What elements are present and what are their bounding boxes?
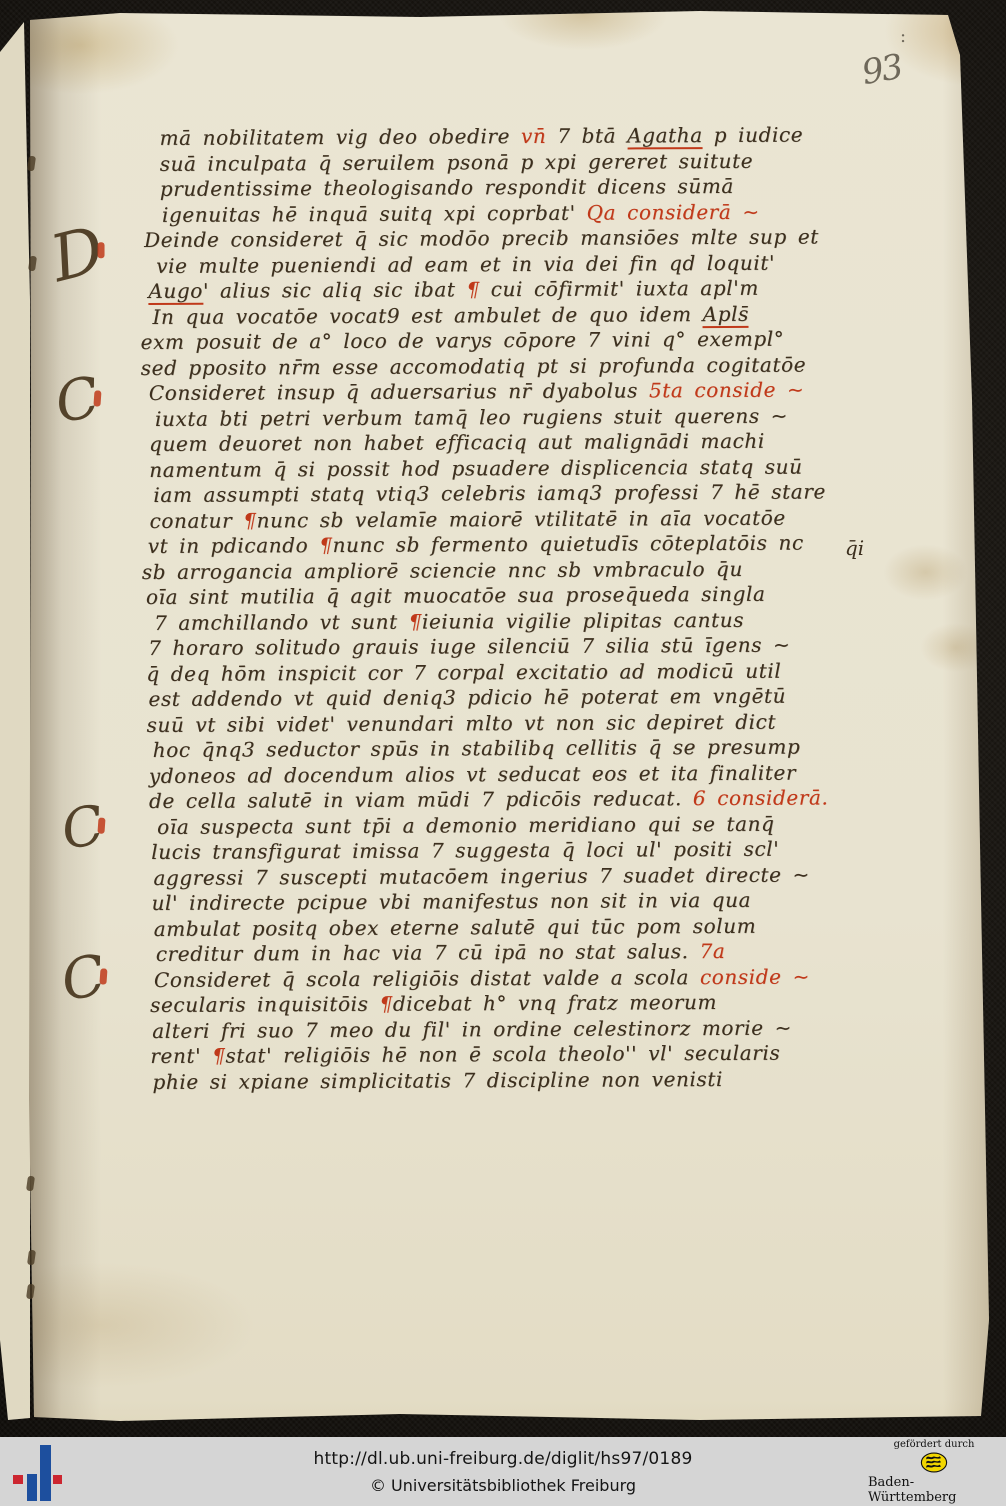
manuscript-line: est addendo vt quid deniq3 pdicio hē pot…: [148, 683, 912, 712]
funding-caption: gefördert durch: [894, 1439, 975, 1450]
manuscript-line: creditur dum in hac via 7 cū ipā no stat…: [156, 938, 914, 967]
footer-bar: http://dl.ub.uni-freiburg.de/diglit/hs97…: [0, 1437, 1006, 1506]
manuscript-line: secularis inquisitōis ¶dicebat h° vnq fr…: [150, 989, 914, 1018]
manuscript-line: exm posuit de a° loco de varys cōpore 7 …: [141, 326, 911, 356]
manuscript-line: prudentissime theologisando respondit di…: [160, 173, 910, 202]
manuscript-text: mā nobilitatem vig deo obedire vn̄ 7 btā…: [139, 122, 914, 1095]
manuscript-line: sed pposito nr̄m esse accomodatiq pt si …: [141, 351, 911, 381]
manuscript-line: vt in pdicando ¶nunc sb fermento quietud…: [148, 530, 912, 559]
manuscript-line: ul' indirecte pcipue vbi manifestus non …: [151, 887, 913, 916]
manuscript-line: conatur ¶nunc sb velamīe maiorē vtilitat…: [149, 504, 911, 533]
manuscript-line: 7 amchillando vt sunt ¶ieiunia vigilie p…: [154, 606, 912, 635]
manuscript-line: oīa suspecta sunt tp̄i a demonio meridia…: [157, 810, 913, 839]
digitized-manuscript-viewer: 93 mā nobilitatem vig deo obedire vn̄ 7 …: [0, 0, 1006, 1506]
manuscript-line: lucis transfigurat imissa 7 suggesta q̄ …: [151, 836, 913, 865]
manuscript-line: In qua vocatōe vocat9 est ambulet de quo…: [152, 300, 910, 329]
manuscript-line: aggressi 7 suscepti mutacōem ingerius 7 …: [153, 861, 913, 890]
manuscript-line: suū vt sibi videt' venundari mlto vt non…: [147, 708, 913, 738]
manuscript-line: namentum q̄ si possit hod psuadere displ…: [149, 453, 911, 482]
manuscript-line: iam assumpti statq vtiq3 celebris iamq3 …: [153, 479, 911, 508]
manuscript-line: iuxta bti petri verbum tamq̄ leo rugiens…: [155, 402, 911, 431]
manuscript-line: suā inculpata q̄ seruilem psonā p xpi ge…: [160, 147, 910, 176]
manuscript-line: quem deuoret non habet efficaciq aut mal…: [149, 428, 911, 457]
manuscript-line: de cella salutē in viam mūdi 7 pdicōis r…: [149, 785, 913, 814]
manuscript-line: 7 horaro solitudo grauis iuge silenciū 7…: [148, 632, 912, 661]
manuscript-line: Augo' alius sic aliq sic ibat ¶ cui cōfi…: [148, 275, 910, 304]
manuscript-line: Deinde consideret q̄ sic modōo precib ma…: [144, 224, 910, 254]
funding-block: gefördert durch Baden-Württemberg: [868, 1439, 1000, 1505]
manuscript-line: ambulat positq obex eterne salutē qui tū…: [154, 912, 914, 941]
folio-number: 93: [859, 47, 905, 93]
manuscript-line: mā nobilitatem vig deo obedire vn̄ 7 btā…: [159, 122, 909, 151]
copyright-notice: © Universitätsbibliothek Freiburg: [370, 1476, 636, 1495]
baden-wuerttemberg-coat-of-arms-icon: [913, 1452, 955, 1473]
manuscript-line: sb arrogancia ampliorē sciencie nnc sb v…: [142, 555, 912, 585]
manuscript-line: Consideret q̄ scola religiōis distat val…: [154, 963, 914, 992]
manuscript-line: igenuitas hē inquā suitq xpi coprbat' Qa…: [162, 198, 910, 227]
manuscript-line: phie si xpiane simplicitatis 7 disciplin…: [152, 1065, 914, 1094]
manuscript-line: oīa sint mutilia q̄ agit muocatōe sua pr…: [146, 581, 912, 611]
manuscript-line: vie multe pueniendi ad eam et in via dei…: [156, 249, 910, 278]
footer-text-block: http://dl.ub.uni-freiburg.de/diglit/hs97…: [0, 1437, 1006, 1506]
manuscript-line: rent' ¶stat' religiōis hē non ē scola th…: [150, 1040, 914, 1069]
manuscript-line: Consideret insup q̄ aduersarius nr̄ dyab…: [149, 377, 911, 406]
manuscript-line: hoc q̄nq3 seductor spūs in stabilibq cel…: [153, 734, 913, 763]
manuscript-line: alteri fri suo 7 meo du fil' in ordine c…: [152, 1014, 914, 1043]
manuscript-line: ydoneos ad docendum alios vt seducat eos…: [149, 759, 913, 788]
manuscript-line: q̄ deq hōm inspicit cor 7 corpal excitat…: [146, 657, 912, 687]
document-url: http://dl.ub.uni-freiburg.de/diglit/hs97…: [314, 1449, 693, 1469]
funding-region-label: Baden-Württemberg: [868, 1475, 1000, 1505]
